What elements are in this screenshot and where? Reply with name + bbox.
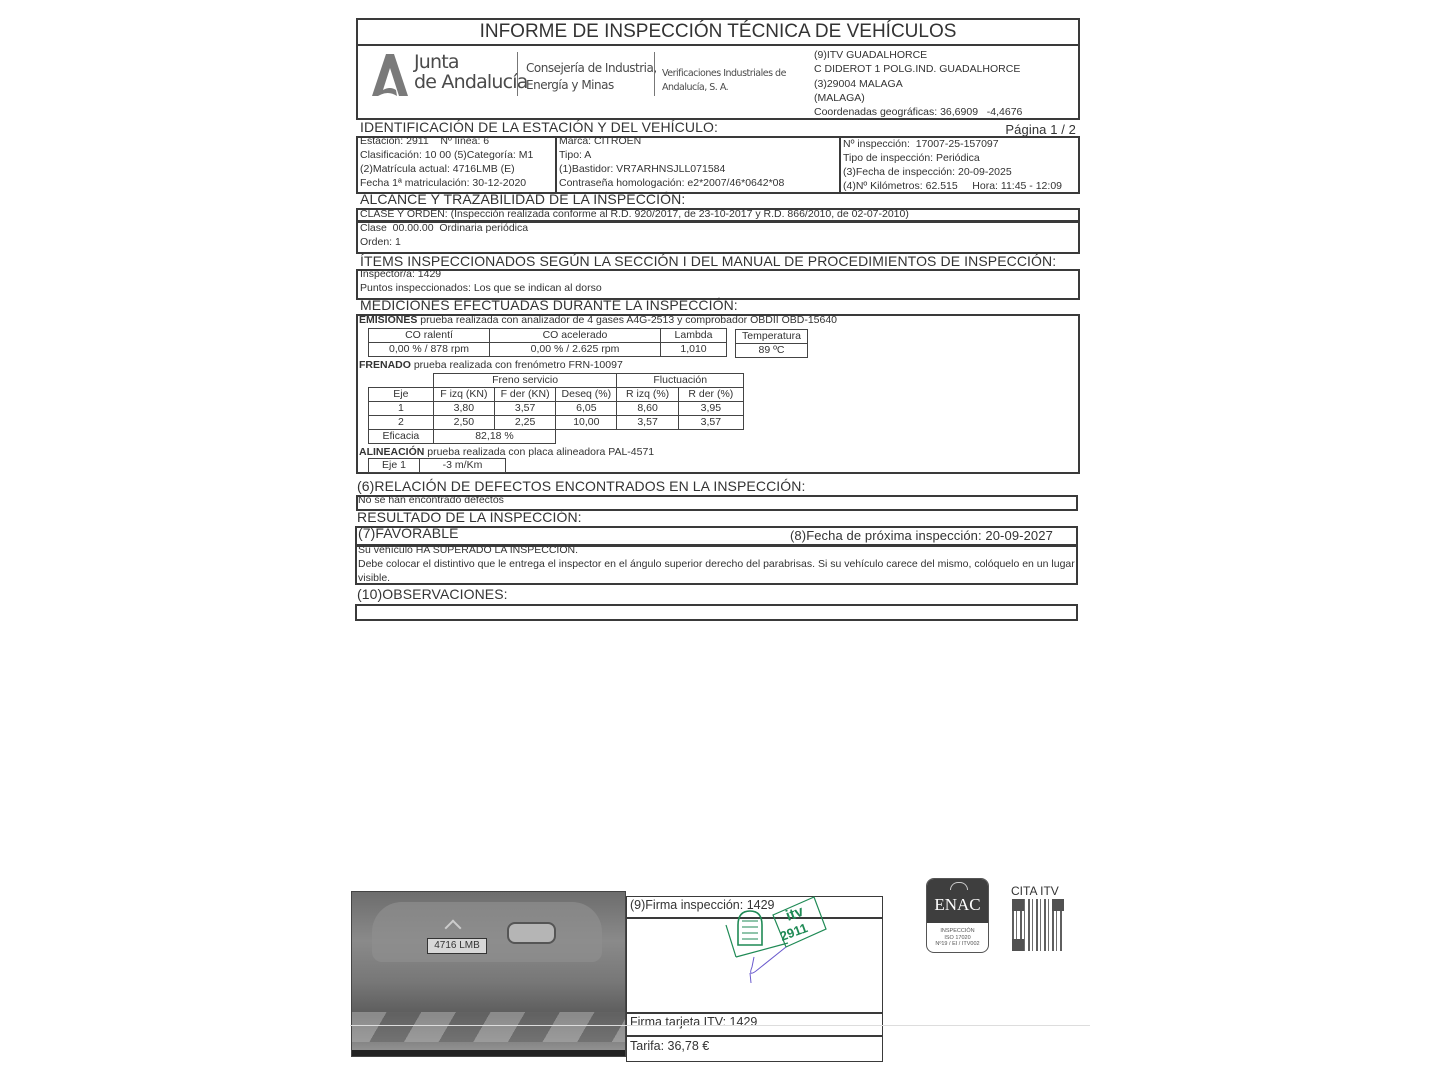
report-title: INFORME DE INSPECCIÓN TÉCNICA DE VEHÍCUL… (357, 20, 1079, 44)
f-der-header: F der (KN) (494, 388, 555, 402)
frenado-row-eje-1: 1 3,80 3,57 6,05 8,60 3,95 (369, 402, 744, 416)
f-izq-header: F izq (KN) (433, 388, 494, 402)
clasificacion: Clasificación: 10 00 (5)Categoría: M1 (360, 148, 533, 162)
resultado-line1: Su vehículo HA SUPERADO LA INSPECCIÓN. (358, 543, 1076, 557)
page-number: Página 1 / 2 (1005, 122, 1076, 137)
identificacion-heading: IDENTIFICACIÓN DE LA ESTACIÓN Y DEL VEHÍ… (360, 119, 718, 135)
contrasena-homologacion: Contraseña homologación: e2*2007/46*0642… (559, 176, 784, 190)
alineacion-line: ALINEACIÓN prueba realizada con placa al… (359, 445, 654, 459)
consejeria-line1: Consejería de Industria, (526, 60, 657, 77)
numero-inspeccion: Nº inspección: 17007-25-157097 (843, 137, 1062, 151)
emisiones-label: EMISIONES (359, 314, 417, 326)
logo-andalucia-text: de Andalucía (414, 72, 528, 92)
fluctuacion-header: Fluctuación (617, 374, 744, 388)
license-plate: 4716 LMB (427, 938, 487, 954)
co-acelerado-value: 0,00 % / 2.625 rpm (490, 343, 661, 357)
cita-itv-qr-code[interactable] (1012, 899, 1064, 951)
marca: Marca: CITROEN (559, 134, 784, 148)
frenado-row-eje-2: 2 2,50 2,25 10,00 3,57 3,57 (369, 416, 744, 430)
stamp-number-text: 2911 (778, 920, 810, 944)
scan-line (350, 1025, 1090, 1026)
itv-stamp: itv 2911 (718, 895, 838, 985)
puntos-inspeccionados: Puntos inspeccionados: Los que se indica… (360, 281, 602, 295)
station-street: C DIDEROT 1 POLG.IND. GUADALHORCE (814, 62, 1022, 76)
logo-divider (517, 52, 518, 96)
junta-logo-icon (370, 52, 410, 98)
station-coordinates: Coordenadas geográficas: 36,6909 -4,4676 (814, 105, 1022, 119)
fecha-matriculacion: Fecha 1ª matriculación: 30-12-2020 (360, 176, 533, 190)
consejeria-line2: Energía y Minas (526, 77, 657, 94)
firma-tarjeta: Firma tarjeta ITV: 1429 (630, 1015, 757, 1029)
bastidor: (1)Bastidor: VR7ARHNSJLL071584 (559, 162, 784, 176)
junta-logo (370, 52, 410, 98)
frenado-line: FRENADO prueba realizada con frenómetro … (359, 358, 623, 372)
lambda-header: Lambda (661, 329, 727, 343)
proxima-inspeccion: (8)Fecha de próxima inspección: 20-09-20… (790, 528, 1053, 543)
matricula: (2)Matrícula actual: 4716LMB (E) (360, 162, 533, 176)
frenado-desc: prueba realizada con frenómetro FRN-1009… (411, 359, 623, 371)
verificaciones-line2: Andalucía, S. A. (662, 81, 786, 95)
emisiones-table: CO ralentí CO acelerado Lambda 0,00 % / … (368, 328, 727, 357)
logo-junta-text: Junta (414, 52, 528, 72)
defectos-heading: (6)RELACIÓN DE DEFECTOS ENCONTRADOS EN L… (357, 478, 805, 494)
r-der-value: 3,57 (678, 416, 743, 430)
frenado-table: Freno servicio Fluctuación Eje F izq (KN… (368, 373, 744, 444)
alineacion-label: ALINEACIÓN (359, 446, 424, 458)
station-name: (9)ITV GUADALHORCE (814, 48, 1022, 62)
clase-orden: CLASE Y ORDEN: (Inspección realizada con… (360, 208, 909, 221)
observaciones-box (355, 604, 1078, 621)
temperatura-table: Temperatura 89 ºC (735, 329, 808, 358)
co-ralenti-header: CO ralentí (369, 329, 490, 343)
emisiones-desc: prueba realizada con analizador de 4 gas… (417, 314, 837, 326)
frenado-label: FRENADO (359, 359, 411, 371)
deseq-value: 10,00 (556, 416, 617, 430)
clase: Clase 00.00.00 Ordinaria periódica (360, 221, 528, 235)
f-der-value: 3,57 (494, 402, 555, 416)
temperatura-header: Temperatura (736, 330, 808, 344)
freno-servicio-header: Freno servicio (433, 374, 617, 388)
verificaciones-line1: Verificaciones Industriales de (662, 67, 786, 81)
lambda-value: 1,010 (661, 343, 727, 357)
kilometros-hora: (4)Nº Kilómetros: 62.515 Hora: 11:45 - 1… (843, 179, 1062, 193)
crown-icon (950, 882, 968, 890)
co-acelerado-header: CO acelerado (490, 329, 661, 343)
co-ralenti-value: 0,00 % / 878 rpm (369, 343, 490, 357)
consejeria-divider (654, 52, 655, 96)
vehicle-photo: 4716 LMB (351, 891, 626, 1057)
temperatura-value: 89 ºC (736, 344, 808, 358)
enac-line3: Nº19 / EI / ITV002 (927, 941, 988, 948)
orden: Orden: 1 (360, 235, 528, 249)
emisiones-line: EMISIONES prueba realizada con analizado… (359, 313, 837, 327)
enac-label: ENAC (927, 895, 988, 915)
resultado-heading: RESULTADO DE LA INSPECCIÓN: (357, 509, 582, 525)
station-address: (9)ITV GUADALHORCE C DIDEROT 1 POLG.IND.… (814, 48, 1022, 119)
tipo: Tipo: A (559, 148, 784, 162)
signature-stroke (750, 947, 786, 983)
alineacion-desc: prueba realizada con placa alineadora PA… (424, 446, 654, 458)
stamp-icon: itv 2911 (718, 895, 838, 985)
alineacion-eje: Eje 1 (369, 459, 420, 473)
inspector: Inspector/a: 1429 (360, 267, 602, 281)
eficacia-label: Eficacia (369, 430, 434, 444)
cita-itv-label: CITA ITV (1011, 884, 1059, 898)
tipo-inspeccion: Tipo de inspección: Periódica (843, 151, 1062, 165)
alineacion-value: -3 m/Km (420, 459, 506, 473)
tarifa: Tarifa: 36,78 € (630, 1039, 709, 1053)
station-postcode: (3)29004 MALAGA (814, 77, 1022, 91)
eje-value: 2 (369, 416, 434, 430)
deseq-header: Deseq (%) (556, 388, 617, 402)
defectos-text: No se han encontrado defectos (358, 493, 504, 507)
observaciones-heading: (10)OBSERVACIONES: (357, 586, 508, 602)
deseq-value: 6,05 (556, 402, 617, 416)
r-izq-header: R izq (%) (617, 388, 678, 402)
f-izq-value: 3,80 (433, 402, 494, 416)
title-bar: INFORME DE INSPECCIÓN TÉCNICA DE VEHÍCUL… (357, 20, 1079, 46)
eje-header: Eje (369, 388, 434, 402)
station-province: (MALAGA) (814, 91, 1022, 105)
resultado-line2: Debe colocar el distintivo que le entreg… (358, 558, 1076, 585)
fecha-inspeccion: (3)Fecha de inspección: 20-09-2025 (843, 165, 1062, 179)
r-der-value: 3,95 (678, 402, 743, 416)
resultado-status: (7)FAVORABLE (358, 525, 459, 541)
enac-badge: ENAC INSPECCIÓN ISO 17020 Nº19 / EI / IT… (926, 878, 989, 953)
f-izq-value: 2,50 (433, 416, 494, 430)
f-der-value: 2,25 (494, 416, 555, 430)
eficacia-value: 82,18 % (433, 430, 555, 444)
eje-value: 1 (369, 402, 434, 416)
r-izq-value: 3,57 (617, 416, 678, 430)
mediciones-heading: MEDICIONES EFECTUADAS DURANTE LA INSPECC… (360, 297, 738, 313)
alcance-heading: ALCANCE Y TRAZABILIDAD DE LA INSPECCIÓN: (360, 191, 685, 207)
estacion-linea: Estación: 2911 Nº línea: 6 (360, 134, 533, 148)
r-der-header: R der (%) (678, 388, 743, 402)
r-izq-value: 8,60 (617, 402, 678, 416)
alineacion-table: Eje 1 -3 m/Km (368, 458, 506, 473)
